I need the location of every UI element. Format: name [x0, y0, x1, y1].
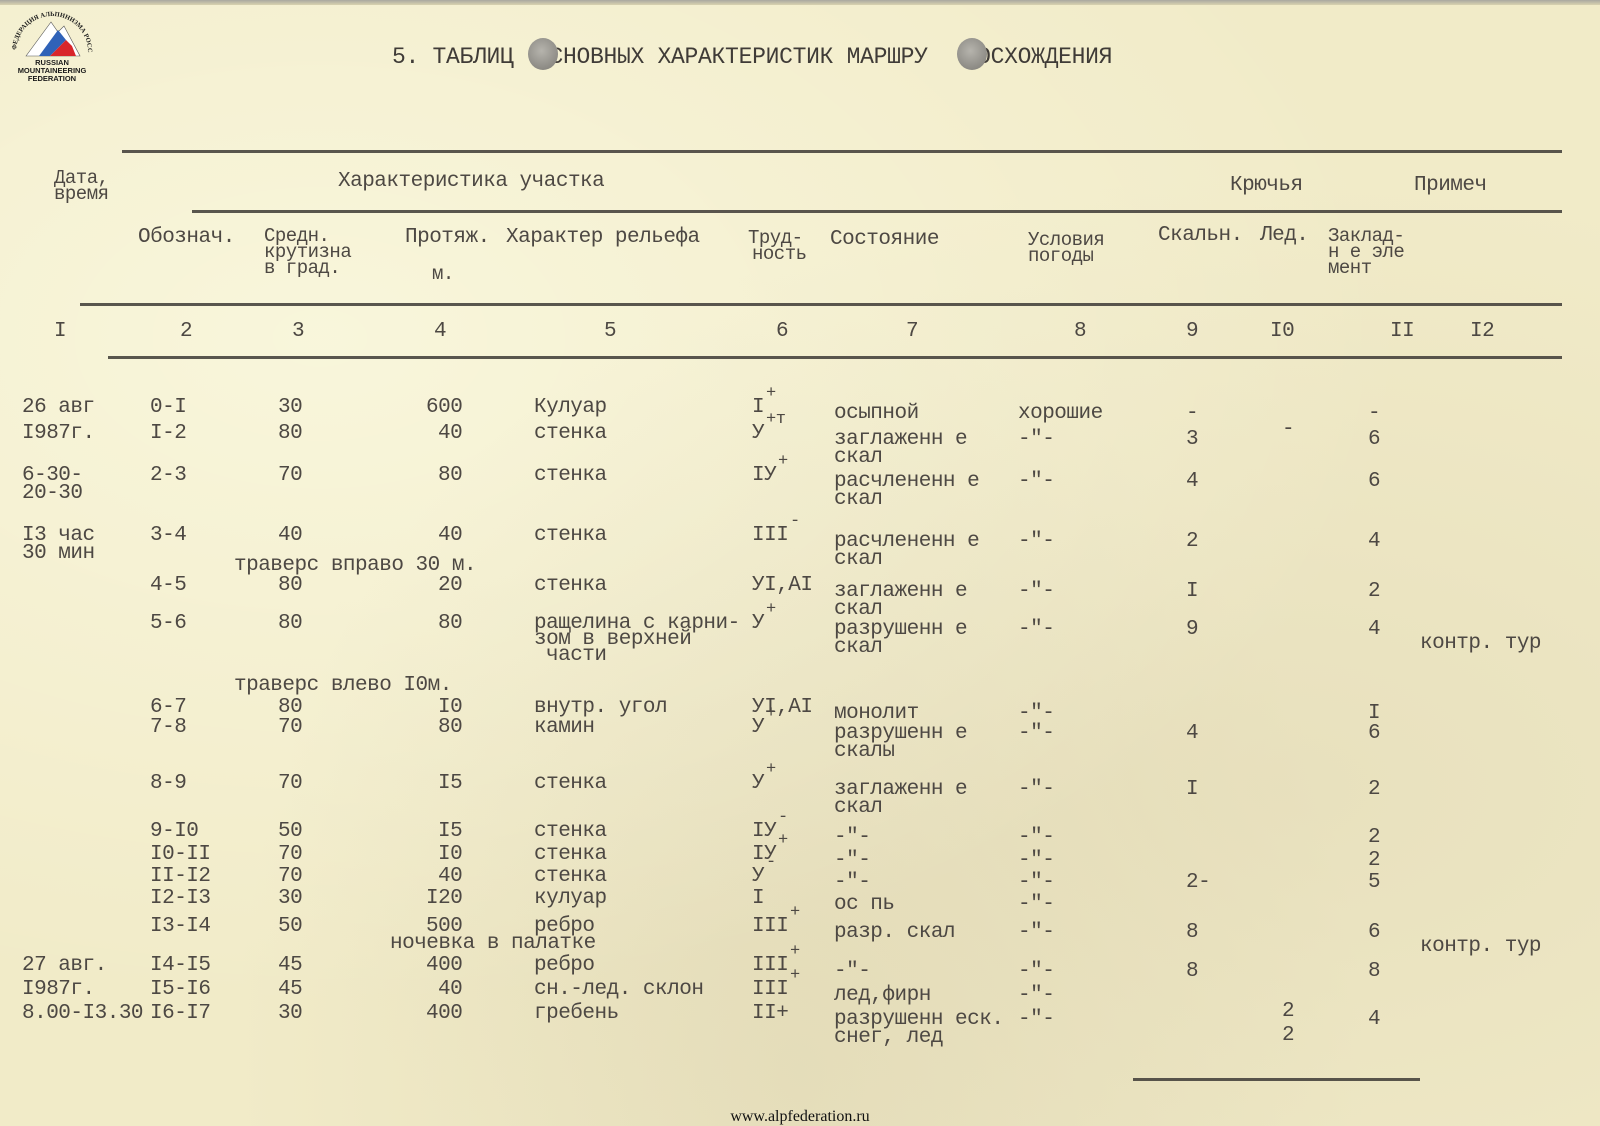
cell-length: 40 — [438, 980, 462, 1000]
cell-segment: 6-7 — [150, 698, 186, 718]
cell-length: 40 — [438, 424, 462, 444]
col-number: I — [54, 322, 66, 342]
col-number: 7 — [906, 322, 918, 342]
punch-hole — [528, 38, 558, 70]
cell-difficulty: УI,АI — [752, 698, 813, 718]
cell-condition: -"- — [834, 851, 870, 871]
cell-weather: -"- — [1018, 962, 1054, 982]
cell-steepness: 70 — [278, 466, 302, 486]
cell-steepness: 45 — [278, 956, 302, 976]
cell-chocks: - — [1368, 404, 1380, 424]
cell-rock-hooks: 4 — [1186, 472, 1198, 492]
cell-rock-hooks: 2- — [1186, 873, 1210, 893]
cell-condition: -"- — [834, 962, 870, 982]
cell-chocks: 4 — [1368, 532, 1380, 552]
cell-relief: гребень — [534, 1004, 619, 1024]
cell-ice-hooks: 2 — [1282, 1002, 1294, 1022]
cell-weather: -"- — [1018, 780, 1054, 800]
cell-weather: -"- — [1018, 851, 1054, 871]
cell-length: 40 — [438, 867, 462, 887]
cell-chocks: 6 — [1368, 430, 1380, 450]
cell-difficulty-modifier: + — [766, 704, 776, 724]
cell-steepness: 30 — [278, 1004, 302, 1024]
cell-length: 400 — [426, 1004, 462, 1024]
cell-weather: -"- — [1018, 582, 1054, 602]
cell-length: I5 — [438, 822, 462, 842]
cell-relief: части — [546, 646, 607, 666]
cell-steepness: 30 — [278, 398, 302, 418]
col-number: 9 — [1186, 322, 1198, 342]
col-number: 3 — [292, 322, 304, 342]
cell-difficulty: У — [752, 614, 764, 634]
cell-condition: разр. скал — [834, 923, 955, 943]
cell-chocks: 2 — [1368, 780, 1380, 800]
cell-relief: стенка — [534, 867, 607, 887]
header-time: время — [54, 186, 109, 202]
header-length-unit: м. — [432, 266, 454, 282]
cell-segment: 7-8 — [150, 718, 186, 738]
cell-steepness: 80 — [278, 698, 302, 718]
cell-steepness: 80 — [278, 614, 302, 634]
cell-date: 20-30 — [22, 484, 83, 504]
cell-condition: скал — [834, 448, 882, 468]
cell-chocks: 2 — [1368, 582, 1380, 602]
header-difficulty: ность — [752, 246, 807, 262]
cell-rock-hooks: 9 — [1186, 620, 1198, 640]
cell-weather: -"- — [1018, 923, 1054, 943]
cell-relief: стенка — [534, 774, 607, 794]
cell-length: I0 — [438, 845, 462, 865]
cell-segment: 5-6 — [150, 614, 186, 634]
cell-segment: I-2 — [150, 424, 186, 444]
cell-difficulty: III — [752, 526, 788, 546]
cell-steepness: 80 — [278, 424, 302, 444]
mountain-flag-icon: ФЕДЕРАЦИЯ АЛЬПИНИЗМА РОССИИ — [6, 10, 98, 60]
cell-difficulty: У — [752, 867, 764, 887]
cell-rock-hooks: I — [1186, 780, 1198, 800]
cell-ice-hooks: 2 — [1282, 1026, 1294, 1046]
table-rule — [122, 150, 1562, 153]
cell-difficulty-modifier: - — [766, 853, 776, 873]
cell-date: 30 мин — [22, 544, 95, 564]
cell-steepness: 70 — [278, 774, 302, 794]
cell-date: 8.00-I3.30 — [22, 1004, 143, 1024]
cell-length: 80 — [438, 466, 462, 486]
cell-chocks: 4 — [1368, 620, 1380, 640]
cell-length: I5 — [438, 774, 462, 794]
cell-weather: -"- — [1018, 873, 1054, 893]
cell-segment: I4-I5 — [150, 956, 211, 976]
header-designation: Обознач. — [138, 228, 235, 248]
cell-length: 400 — [426, 956, 462, 976]
cell-condition: скалы — [834, 742, 895, 762]
cell-difficulty-modifier: + — [766, 600, 776, 620]
col-number: 2 — [180, 322, 192, 342]
table-rule — [1133, 1078, 1420, 1081]
cell-steepness: 80 — [278, 576, 302, 596]
cell-length: 40 — [438, 526, 462, 546]
cell-difficulty-modifier: + — [766, 760, 776, 780]
cell-difficulty-modifier: + — [778, 452, 788, 472]
cell-length: I0 — [438, 698, 462, 718]
cell-weather: -"- — [1018, 724, 1054, 744]
header-length: Протяж. — [405, 228, 490, 248]
cell-weather: хорошие — [1018, 404, 1103, 424]
cell-chocks: 2 — [1368, 828, 1380, 848]
cell-difficulty: III — [752, 980, 788, 1000]
cell-length: 20 — [438, 576, 462, 596]
cell-ice-hooks: - — [1282, 420, 1294, 440]
cell-length: 80 — [438, 718, 462, 738]
cell-difficulty-modifier: - — [778, 808, 788, 828]
cell-difficulty-modifier: - — [790, 512, 800, 532]
cell-chocks: 5 — [1368, 873, 1380, 893]
cell-condition: -"- — [834, 828, 870, 848]
cell-relief: стенка — [534, 424, 607, 444]
cell-difficulty: УI,АI — [752, 576, 813, 596]
cell-relief: сн.-лед. склон — [534, 980, 703, 1000]
cell-steepness: 70 — [278, 845, 302, 865]
cell-rock-hooks: I — [1186, 582, 1198, 602]
bivouac-note: ночевка в палатке — [390, 934, 596, 954]
cell-rock-hooks: 8 — [1186, 962, 1198, 982]
cell-rock-hooks: 2 — [1186, 532, 1198, 552]
cell-weather: -"- — [1018, 620, 1054, 640]
cell-weather: -"- — [1018, 704, 1054, 724]
cell-segment: II-I2 — [150, 867, 211, 887]
traverse-note: траверс вправо 30 м. — [234, 556, 476, 576]
cell-steepness: 40 — [278, 526, 302, 546]
cell-difficulty: I — [752, 889, 764, 909]
header-condition: Состояние — [830, 230, 939, 250]
cell-relief: стенка — [534, 822, 607, 842]
cell-relief: внутр. угол — [534, 698, 667, 718]
cell-segment: I2-I3 — [150, 889, 211, 909]
cell-date: 26 авг — [22, 398, 95, 418]
cell-rock-hooks: 3 — [1186, 430, 1198, 450]
cell-date: 27 авг. — [22, 956, 107, 976]
header-chocks: мент — [1328, 260, 1372, 276]
cell-condition: осыпной — [834, 404, 919, 424]
cell-rock-hooks: 8 — [1186, 923, 1198, 943]
cell-relief: ребро — [534, 956, 595, 976]
cell-segment: 3-4 — [150, 526, 186, 546]
cell-condition: скал — [834, 638, 882, 658]
cell-steepness: 30 — [278, 889, 302, 909]
cell-difficulty-modifier: +т — [766, 410, 785, 430]
cell-note: контр. тур — [1420, 634, 1541, 654]
col-number: 5 — [604, 322, 616, 342]
paper-edge — [0, 0, 1600, 5]
traverse-note: траверс влево I0м. — [234, 676, 452, 696]
cell-chocks: 6 — [1368, 724, 1380, 744]
cell-steepness: 50 — [278, 917, 302, 937]
header-section-group: Характеристика участка — [338, 172, 604, 192]
cell-difficulty: III — [752, 917, 788, 937]
cell-condition: снег, лед — [834, 1028, 943, 1048]
cell-difficulty-modifier: + — [778, 831, 788, 851]
cell-chocks: 6 — [1368, 472, 1380, 492]
cell-date: I987г. — [22, 424, 95, 444]
footer-url[interactable]: www.alpfederation.ru — [0, 1108, 1600, 1126]
cell-weather: -"- — [1018, 532, 1054, 552]
cell-difficulty-modifier: + — [766, 384, 776, 404]
col-number: 4 — [434, 322, 446, 342]
page-title: 5. ТАБЛИЦСНОВНЫХ ХАРАКТЕРИСТИК МАРШРУВОС… — [392, 44, 1112, 70]
federation-logo: ФЕДЕРАЦИЯ АЛЬПИНИЗМА РОССИИ RUSSIAN MOUN… — [6, 10, 98, 82]
header-rock: Скальн. — [1158, 226, 1243, 246]
cell-difficulty: II+ — [752, 1004, 788, 1024]
cell-date: I987г. — [22, 980, 95, 1000]
cell-note: контр. тур — [1420, 937, 1541, 957]
header-weather: погоды — [1028, 248, 1093, 264]
header-hooks-group: Крючья — [1230, 176, 1303, 196]
header-relief: Характер рельефа — [506, 228, 700, 248]
cell-chocks: 4 — [1368, 1010, 1380, 1030]
header-ice: Лед. — [1260, 226, 1308, 246]
cell-condition: -"- — [834, 873, 870, 893]
cell-weather: -"- — [1018, 472, 1054, 492]
cell-difficulty-modifier: + — [790, 903, 800, 923]
cell-segment: I6-I7 — [150, 1004, 211, 1024]
cell-length: 600 — [426, 398, 462, 418]
cell-condition: монолит — [834, 704, 919, 724]
cell-difficulty-modifier: + — [790, 942, 800, 962]
cell-length: 80 — [438, 614, 462, 634]
table-rule — [192, 210, 1562, 213]
cell-relief: стенка — [534, 526, 607, 546]
header-notes: Примеч — [1414, 176, 1487, 196]
cell-difficulty: У — [752, 424, 764, 444]
cell-rock-hooks: - — [1186, 404, 1198, 424]
col-number: I0 — [1270, 322, 1294, 342]
cell-chocks: 2 — [1368, 851, 1380, 871]
cell-condition: скал — [834, 490, 882, 510]
cell-relief: камин — [534, 718, 595, 738]
header-steepness: в град. — [264, 260, 340, 276]
col-number: II — [1390, 322, 1414, 342]
col-number: 8 — [1074, 322, 1086, 342]
cell-steepness: 70 — [278, 867, 302, 887]
cell-difficulty: III — [752, 956, 788, 976]
cell-weather: -"- — [1018, 430, 1054, 450]
cell-weather: -"- — [1018, 986, 1054, 1006]
cell-segment: I3-I4 — [150, 917, 211, 937]
cell-segment: I5-I6 — [150, 980, 211, 1000]
table-rule — [80, 303, 1562, 306]
cell-weather: -"- — [1018, 1010, 1054, 1030]
cell-chocks: I — [1368, 704, 1380, 724]
cell-difficulty: IУ — [752, 466, 776, 486]
cell-segment: 9-I0 — [150, 822, 198, 842]
cell-segment: 0-I — [150, 398, 186, 418]
cell-difficulty: IУ — [752, 822, 776, 842]
cell-weather: -"- — [1018, 828, 1054, 848]
cell-condition: лед,фирн — [834, 986, 931, 1006]
cell-rock-hooks: 4 — [1186, 724, 1198, 744]
cell-segment: 2-3 — [150, 466, 186, 486]
cell-relief: стенка — [534, 845, 607, 865]
col-number: 6 — [776, 322, 788, 342]
cell-relief: стенка — [534, 576, 607, 596]
cell-chocks: 6 — [1368, 923, 1380, 943]
cell-condition: ос пь — [834, 895, 895, 915]
cell-difficulty-modifier: + — [790, 966, 800, 986]
cell-chocks: 8 — [1368, 962, 1380, 982]
cell-condition: скал — [834, 798, 882, 818]
logo-text-3: FEDERATION — [6, 75, 98, 83]
punch-hole — [957, 38, 987, 70]
cell-weather: -"- — [1018, 895, 1054, 915]
cell-segment: 4-5 — [150, 576, 186, 596]
cell-relief: стенка — [534, 466, 607, 486]
cell-segment: 8-9 — [150, 774, 186, 794]
cell-condition: скал — [834, 550, 882, 570]
cell-steepness: 50 — [278, 822, 302, 842]
cell-segment: I0-II — [150, 845, 211, 865]
cell-difficulty: У — [752, 718, 764, 738]
cell-relief: кулуар — [534, 889, 607, 909]
col-number: I2 — [1470, 322, 1494, 342]
cell-condition: скал — [834, 600, 882, 620]
cell-relief: Кулуар — [534, 398, 607, 418]
cell-difficulty: У — [752, 774, 764, 794]
cell-length: I20 — [426, 889, 462, 909]
table-rule — [108, 356, 1562, 359]
cell-difficulty: I — [752, 398, 764, 418]
cell-steepness: 45 — [278, 980, 302, 1000]
cell-steepness: 70 — [278, 718, 302, 738]
